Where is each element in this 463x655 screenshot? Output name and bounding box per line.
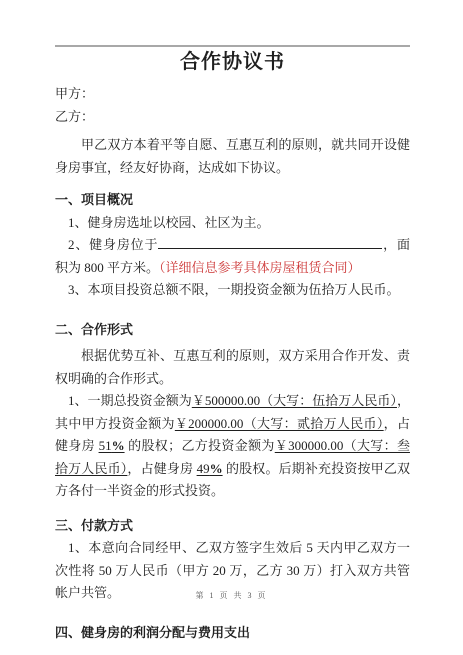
rental-contract-note: （详细信息参考具体房屋租赁合同） <box>159 260 361 275</box>
item2-prefix-text: 2、健身房位于 <box>68 237 158 252</box>
section-1-item-2: 2、健身房位于，面积为 800 平方米。（详细信息参考具体房屋租赁合同） <box>55 234 410 279</box>
section-4-heading: 四、健身房的利润分配与费用支出 <box>55 622 410 645</box>
section-2-heading: 二、合作形式 <box>55 319 410 342</box>
party-a-investment-amount: ￥200000.00（大写：贰拾万人民币） <box>175 416 384 431</box>
location-blank-field <box>158 236 382 249</box>
document-title: 合作协议书 <box>55 49 410 75</box>
intro-paragraph: 甲乙双方本着平等自愿、互惠互利的原则，就共同开设健身房事宜，经友好协商，达成如下… <box>55 134 410 179</box>
party-a-share-percent: 51% <box>99 438 125 453</box>
percent-sign: % <box>112 438 125 453</box>
section-1-item-3: 3、本项目投资总额不限，一期投资金额为伍拾万人民币。 <box>55 279 410 302</box>
header-rule <box>55 45 410 47</box>
document-page: 合作协议书 甲方： 乙方： 甲乙双方本着平等自愿、互惠互利的原则，就共同开设健身… <box>0 0 463 655</box>
section-1-heading: 一、项目概况 <box>55 189 410 212</box>
total-investment-amount: ￥500000.00（大写：伍拾万人民币） <box>192 393 397 408</box>
party-b-line: 乙方： <box>55 106 410 129</box>
investment-text-4: 的股权；乙方投资金额为 <box>125 438 275 453</box>
section-2-item-1: 1、一期总投资金额为￥500000.00（大写：伍拾万人民币），其中甲方投资金额… <box>55 390 410 503</box>
page-number-footer: 第 1 页 共 3 页 <box>0 590 463 601</box>
party-b-share-percent: 49% <box>197 461 223 476</box>
party-a-line: 甲方： <box>55 83 410 106</box>
percent-sign: % <box>210 461 223 476</box>
section-3-heading: 三、付款方式 <box>55 515 410 538</box>
section-1-item-1: 1、健身房选址以校园、社区为主。 <box>55 212 410 235</box>
section-2-paragraph: 根据优势互补、互惠互利的原则，双方采用合作开发、责权明确的合作形式。 <box>55 345 410 390</box>
investment-text-5: ，占健身房 <box>127 461 196 476</box>
investment-text-1: 1、一期总投资金额为 <box>68 393 192 408</box>
